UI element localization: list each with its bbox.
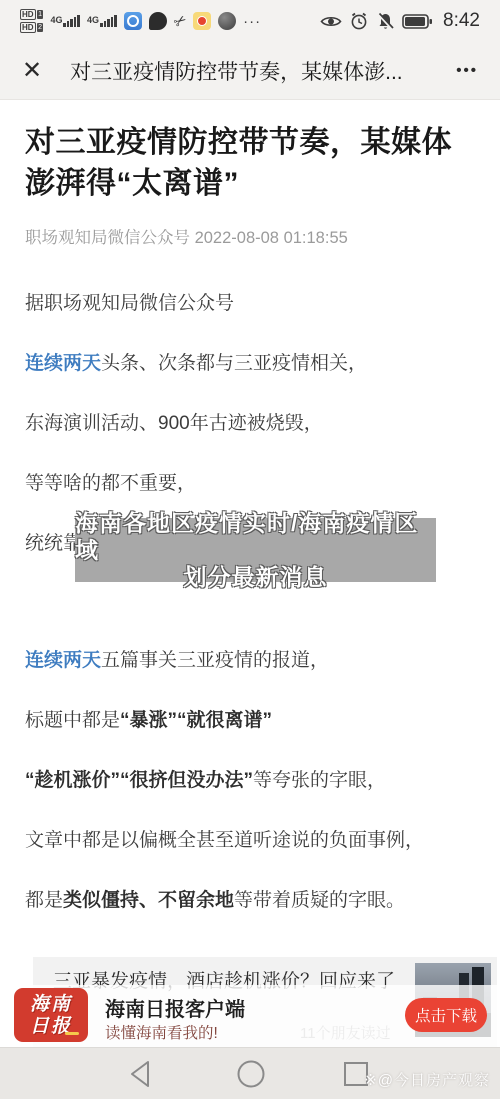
hainan-daily-logo: 海南 日报 (14, 988, 88, 1042)
floating-ad-overlay[interactable]: 海南各地区疫情实时/海南疫情区域 划分最新消息 (75, 518, 436, 582)
paragraph: 文章中都是以偏概全甚至道听途说的负面事例， (25, 827, 475, 855)
paragraph-text: 头条、次条都与三亚疫情相关， (101, 353, 367, 374)
scissors-app-icon: ✂ (169, 10, 190, 32)
paragraph-text: 等带着质疑的字眼。 (234, 890, 405, 911)
paragraph: 等等啥的都不重要， (25, 470, 475, 498)
battery-icon (402, 13, 433, 30)
app-slogan: 读懂海南看我的! (105, 1021, 218, 1043)
paragraph-text: 都是 (25, 890, 63, 911)
eye-protection-icon (320, 14, 342, 29)
bell-muted-icon (376, 12, 395, 31)
back-triangle-icon[interactable] (126, 1058, 156, 1090)
paragraph: “趁机涨价”“很挤但没办法”等夸张的字眼， (25, 767, 475, 795)
hd1-badge: HD (20, 9, 36, 20)
article-byline: 职场观知局微信公众号 2022-08-08 01:18:55 (25, 224, 475, 248)
bold-text: “趁机涨价”“很挤但没办法” (25, 770, 253, 791)
home-circle-icon[interactable] (236, 1059, 266, 1089)
bold-text: “暴涨”“就很离谱” (120, 710, 272, 731)
signal-bars-sim2-icon: 4G (87, 15, 117, 27)
hd2-badge: HD (20, 22, 36, 33)
paragraph: 标题中都是“暴涨”“就很离谱” (25, 707, 475, 735)
paragraph-text: 等夸张的字眼， (253, 770, 386, 791)
paragraph: 东海演训活动、900年古迹被烧毁， (25, 410, 475, 438)
alarm-clock-icon (349, 11, 369, 31)
article-content: 对三亚疫情防控带节奏，某媒体澎湃得“太离谱” 职场观知局微信公众号 2022-0… (0, 100, 500, 915)
paragraph: 都是类似僵持、不留余地等带着质疑的字眼。 (25, 887, 475, 915)
watermark-text: ※@今日房产观察 (364, 1069, 490, 1090)
status-bar-left: HD1 HD2 4G 4G ✂ ··· (20, 9, 320, 33)
logo-accent (65, 1032, 79, 1035)
paragraph-text: 据职场观知局微信公众号 (25, 293, 234, 314)
paragraph-text: 标题中都是 (25, 710, 120, 731)
overlay-ad-line2: 划分最新消息 (184, 564, 328, 591)
paragraph: 连续两天头条、次条都与三亚疫情相关， (25, 350, 475, 378)
status-bar-right: 8:42 (320, 10, 480, 32)
hd-sim-badges: HD1 HD2 (20, 9, 43, 33)
video-app-icon (124, 12, 142, 30)
globe-app-icon (218, 12, 236, 30)
nav-bar: ✕ 对三亚疫情防控带节奏，某媒体澎... ••• (0, 42, 500, 100)
bold-text: 类似僵持、不留余地 (63, 890, 234, 911)
nav-title: 对三亚疫情防控带节奏，某媒体澎... (70, 56, 454, 86)
paragraph-text: 等等啥的都不重要， (25, 473, 196, 494)
overlay-ad-line1: 海南各地区疫情实时/海南疫情区域 (75, 510, 436, 564)
weibo-app-icon (193, 12, 211, 30)
more-notifications-icon: ··· (243, 13, 261, 30)
paragraph: 据职场观知局微信公众号 (25, 290, 475, 318)
phone-screen: HD1 HD2 4G 4G ✂ ··· 8:42 (0, 0, 500, 1099)
paragraph-text: 五篇事关三亚疫情的报道， (101, 650, 329, 671)
paragraph-text: 文章中都是以偏概全甚至道听途说的负面事例， (25, 830, 424, 851)
status-bar: HD1 HD2 4G 4G ✂ ··· 8:42 (0, 0, 500, 42)
clock-time: 8:42 (443, 10, 480, 32)
paragraph: 连续两天五篇事关三亚疫情的报道， (25, 647, 475, 675)
close-icon[interactable]: ✕ (22, 59, 42, 83)
download-button[interactable]: 点击下载 (405, 998, 487, 1032)
article-title: 对三亚疫情防控带节奏，某媒体澎湃得“太离谱” (25, 122, 475, 204)
app-name: 海南日报客户端 (105, 993, 245, 1022)
chat-app-icon (149, 12, 167, 30)
highlight-text: 连续两天 (25, 650, 101, 671)
logo-text-line1: 海南 (30, 993, 72, 1015)
signal-bars-sim1-icon: 4G (50, 15, 80, 27)
highlight-text: 连续两天 (25, 353, 101, 374)
paragraph-text: 东海演训活动、900年古迹被烧毁， (25, 413, 323, 434)
app-download-banner[interactable]: 海南 日报 海南日报客户端 读懂海南看我的! 点击下载 (0, 985, 500, 1048)
more-menu-icon[interactable]: ••• (456, 62, 478, 79)
